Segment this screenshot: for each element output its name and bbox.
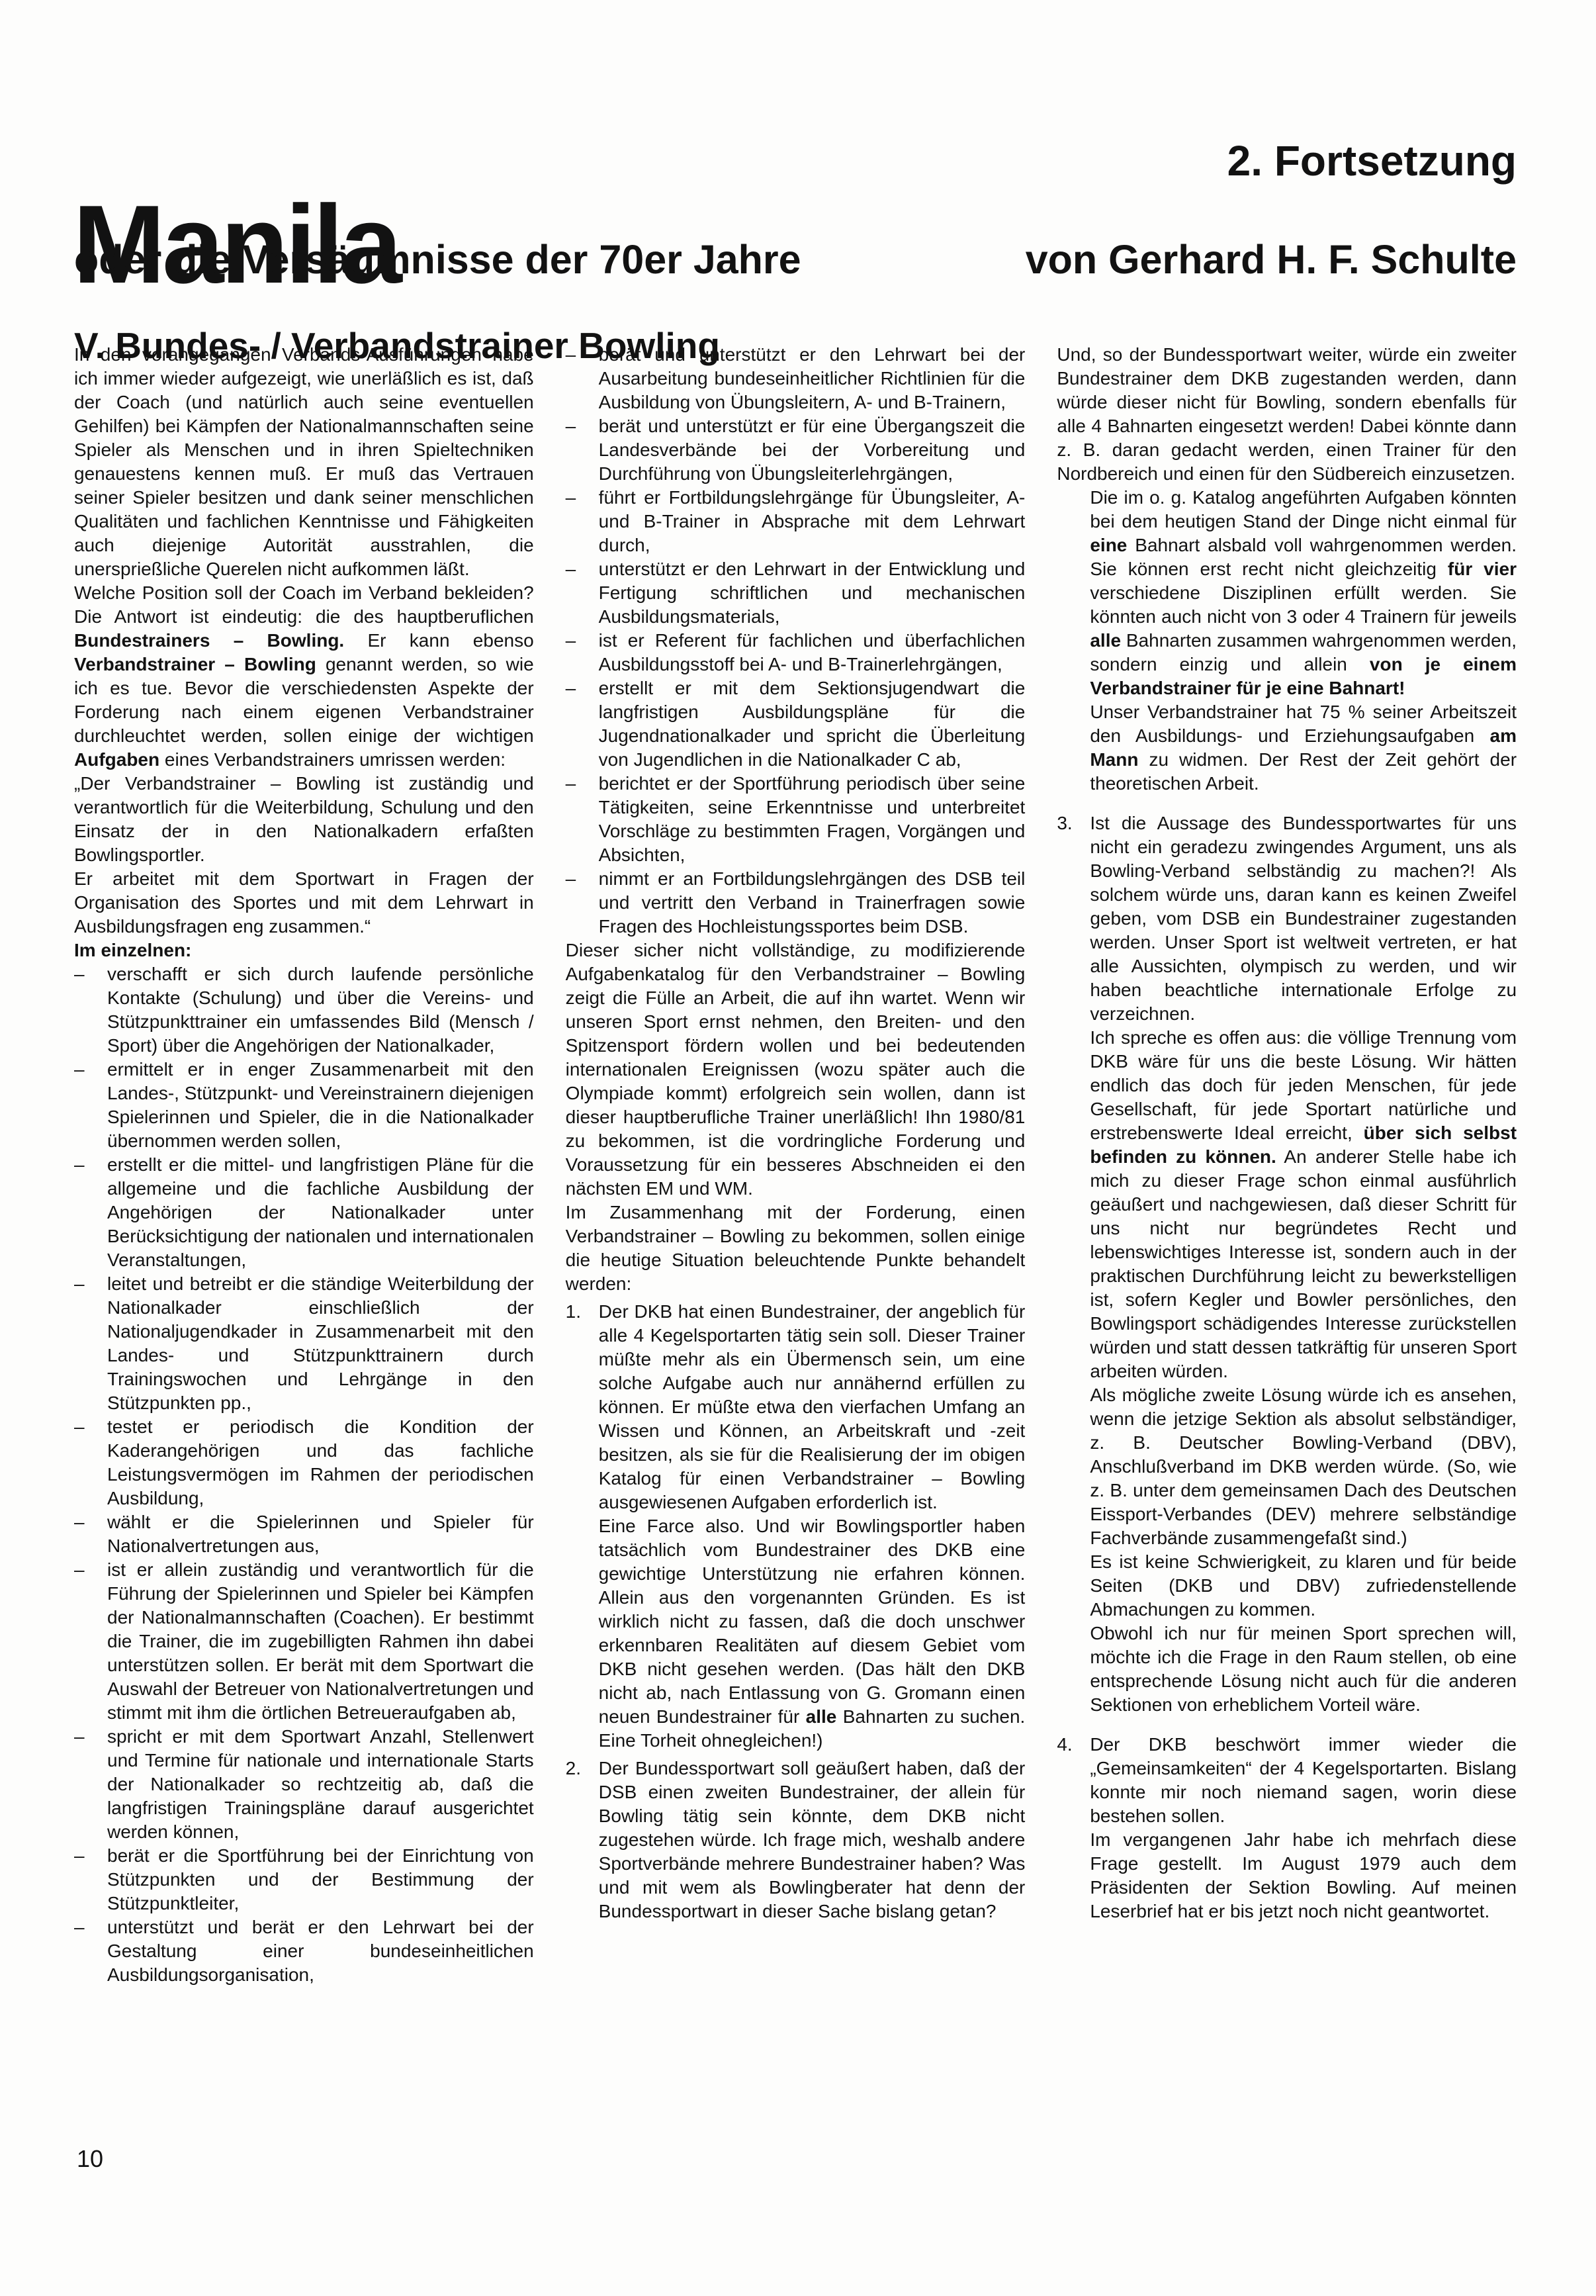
list-item: –ermittelt er in enger Zusammenarbeit mi…: [74, 1058, 534, 1153]
list-item: –wählt er die Spielerinnen und Spieler f…: [74, 1510, 534, 1558]
paragraph: In den vorangegangen Verbands-Ausführung…: [74, 343, 534, 581]
text-run: berät und unterstützt er den Lehrwart be…: [599, 344, 1026, 412]
text-run: Welche Position soll der Coach im Verban…: [74, 582, 534, 770]
text-run: In den vorangegangen Verbands-Ausführung…: [74, 344, 534, 579]
text-run: nimmt er an Fortbildungslehrgängen des D…: [599, 868, 1026, 937]
list-item: –leitet und betreibt er die ständige Wei…: [74, 1272, 534, 1415]
text-run: unterstützt er den Lehrwart in der Entwi…: [599, 559, 1026, 627]
text-run: erstellt er mit dem Sektionsjugendwart d…: [599, 678, 1026, 770]
list-marker: –: [566, 867, 576, 891]
list-item: –berät er die Sportführung bei der Einri…: [74, 1844, 534, 1915]
list-item: –berichtet er der Sportführung periodisc…: [566, 772, 1026, 867]
list-marker: –: [566, 343, 576, 367]
list-marker: –: [566, 486, 576, 510]
paragraph: Dieser sicher nicht vollständige, zu mod…: [566, 939, 1026, 1201]
text-run: Im einzelnen:: [74, 940, 191, 960]
numbered-item: 1.Der DKB hat einen Bundestrainer, der a…: [566, 1300, 1026, 1514]
text-run: Im vergangenen Jahr habe ich mehrfach di…: [1090, 1829, 1517, 1921]
indented-paragraph: Unser Verbandstrainer hat 75 % seiner Ar…: [1057, 700, 1517, 796]
article-subtitle: oder die Versäumnisse der 70er Jahre: [74, 238, 801, 281]
list-item: –berät und unterstützt er für eine Überg…: [566, 414, 1026, 486]
text-run: berichtet er der Sportführung periodisch…: [599, 773, 1026, 865]
list-item: –führt er Fortbildungslehrgänge für Übun…: [566, 486, 1026, 557]
list-item: –ist er allein zuständig und verantwortl…: [74, 1558, 534, 1725]
continuation-label: 2. Fortsetzung: [1227, 139, 1517, 183]
list-item: –testet er periodisch die Kondition der …: [74, 1415, 534, 1510]
paragraph: Im Zusammenhang mit der Forderung, einen…: [566, 1201, 1026, 1296]
text-run: wählt er die Spielerinnen und Spieler fü…: [107, 1512, 534, 1556]
text-run: Im Zusammenhang mit der Forderung, einen…: [566, 1202, 1026, 1294]
list-marker: –: [74, 1272, 85, 1296]
page-number: 10: [77, 2146, 103, 2172]
numbered-item: 3.Ist die Aussage des Bundessportwartes …: [1057, 811, 1517, 1026]
text-run: ist er allein zuständig und verantwortli…: [107, 1559, 534, 1723]
list-marker: –: [566, 557, 576, 581]
list-marker: 2.: [566, 1757, 581, 1780]
text-run: „Der Verbandstrainer – Bowling ist zustä…: [74, 773, 534, 865]
list-item: –erstellt er mit dem Sektionsjugendwart …: [566, 676, 1026, 772]
list-marker: –: [566, 414, 576, 438]
indented-paragraph: Im vergangenen Jahr habe ich mehrfach di…: [1057, 1828, 1517, 1923]
list-marker: –: [74, 962, 85, 986]
text-run: Der DKB hat einen Bundestrainer, der ang…: [599, 1301, 1026, 1512]
paragraph: „Der Verbandstrainer – Bowling ist zustä…: [74, 772, 534, 867]
indented-paragraph: Als mögliche zweite Lösung würde ich es …: [1057, 1383, 1517, 1550]
text-run: Ich spreche es offen aus: die völlige Tr…: [1090, 1027, 1517, 1381]
text-run: Der DKB beschwört immer wieder die „Geme…: [1090, 1734, 1517, 1826]
list-marker: –: [566, 676, 576, 700]
text-run: erstellt er die mittel- und langfristige…: [107, 1154, 534, 1270]
list-item: –erstellt er die mittel- und langfristig…: [74, 1153, 534, 1272]
list-marker: 1.: [566, 1300, 581, 1324]
numbered-item: 4.Der DKB beschwört immer wieder die „Ge…: [1057, 1733, 1517, 1828]
text-run: Ist die Aussage des Bundessportwartes fü…: [1090, 813, 1517, 1024]
list-marker: 4.: [1057, 1733, 1072, 1757]
indented-paragraph: Eine Farce also. Und wir Bowlingsportler…: [566, 1514, 1026, 1753]
text-run: Es ist keine Schwierigkeit, zu klaren un…: [1090, 1551, 1517, 1620]
text-run: unterstützt und berät er den Lehrwart be…: [107, 1917, 534, 1985]
text-run: spricht er mit dem Sportwart Anzahl, Ste…: [107, 1726, 534, 1842]
indented-paragraph: Obwohl ich nur für meinen Sport sprechen…: [1057, 1622, 1517, 1717]
text-run: Dieser sicher nicht vollständige, zu mod…: [566, 940, 1026, 1199]
text-run: Unser Verbandstrainer hat 75 % seiner Ar…: [1090, 702, 1517, 794]
subtitle-row: oder die Versäumnisse der 70er Jahre von…: [74, 238, 1517, 281]
list-marker: –: [74, 1558, 85, 1582]
list-marker: –: [74, 1510, 85, 1534]
text-run: Und, so der Bundessportwart weiter, würd…: [1057, 344, 1517, 484]
paragraph: Welche Position soll der Coach im Verban…: [74, 581, 534, 772]
list-marker: 3.: [1057, 811, 1072, 835]
list-item: –spricht er mit dem Sportwart Anzahl, St…: [74, 1725, 534, 1844]
text-run: testet er periodisch die Kondition der K…: [107, 1416, 534, 1508]
list-marker: –: [566, 772, 576, 796]
text-run: Obwohl ich nur für meinen Sport sprechen…: [1090, 1623, 1517, 1715]
list-marker: –: [74, 1415, 85, 1439]
magazine-page: Manila 2. Fortsetzung oder die Versäumni…: [0, 0, 1596, 2296]
list-item: –berät und unterstützt er den Lehrwart b…: [566, 343, 1026, 414]
indented-paragraph: Ich spreche es offen aus: die völlige Tr…: [1057, 1026, 1517, 1383]
indented-paragraph: Es ist keine Schwierigkeit, zu klaren un…: [1057, 1550, 1517, 1622]
text-run: ermittelt er in enger Zusammenarbeit mit…: [107, 1059, 534, 1151]
numbered-item: 2.Der Bundessportwart soll geäußert habe…: [566, 1757, 1026, 1923]
list-item: –unterstützt und berät er den Lehrwart b…: [74, 1915, 534, 1987]
text-run: Der Bundessportwart soll geäußert haben,…: [599, 1758, 1026, 1921]
article-body: In den vorangegangen Verbands-Ausführung…: [74, 343, 1517, 1987]
list-item: –verschafft er sich durch laufende persö…: [74, 962, 534, 1058]
paragraph: Er arbeitet mit dem Sportwart in Fragen …: [74, 867, 534, 939]
list-item: –unterstützt er den Lehrwart in der Entw…: [566, 557, 1026, 629]
list-marker: –: [74, 1153, 85, 1177]
column-2: –berät und unterstützt er den Lehrwart b…: [566, 343, 1026, 1987]
text-run: verschafft er sich durch laufende persön…: [107, 964, 534, 1056]
list-marker: –: [74, 1915, 85, 1939]
list-marker: –: [74, 1058, 85, 1081]
text-run: Eine Farce also. Und wir Bowlingsportler…: [599, 1516, 1026, 1751]
list-marker: –: [74, 1844, 85, 1868]
paragraph: Und, so der Bundessportwart weiter, würd…: [1057, 343, 1517, 486]
text-run: Er arbeitet mit dem Sportwart in Fragen …: [74, 868, 534, 937]
text-run: ist er Referent für fachlichen und überf…: [599, 630, 1026, 674]
text-run: Die im o. g. Katalog angeführten Aufgabe…: [1090, 487, 1517, 698]
text-run: Als mögliche zweite Lösung würde ich es …: [1090, 1385, 1517, 1548]
article-author: von Gerhard H. F. Schulte: [1026, 238, 1517, 281]
list-item: –nimmt er an Fortbildungslehrgängen des …: [566, 867, 1026, 939]
indented-paragraph: Die im o. g. Katalog angeführten Aufgabe…: [1057, 486, 1517, 700]
text-run: führt er Fortbildungslehrgänge für Übung…: [599, 487, 1026, 555]
column-3: Und, so der Bundessportwart weiter, würd…: [1057, 343, 1517, 1987]
list-item: –ist er Referent für fachlichen und über…: [566, 629, 1026, 676]
text-run: berät und unterstützt er für eine Überga…: [599, 416, 1026, 484]
list-marker: –: [74, 1725, 85, 1749]
column-1: In den vorangegangen Verbands-Ausführung…: [74, 343, 534, 1987]
paragraph: Im einzelnen:: [74, 939, 534, 962]
text-run: berät er die Sportführung bei der Einric…: [107, 1845, 534, 1913]
list-marker: –: [566, 629, 576, 653]
text-run: leitet und betreibt er die ständige Weit…: [107, 1273, 534, 1413]
